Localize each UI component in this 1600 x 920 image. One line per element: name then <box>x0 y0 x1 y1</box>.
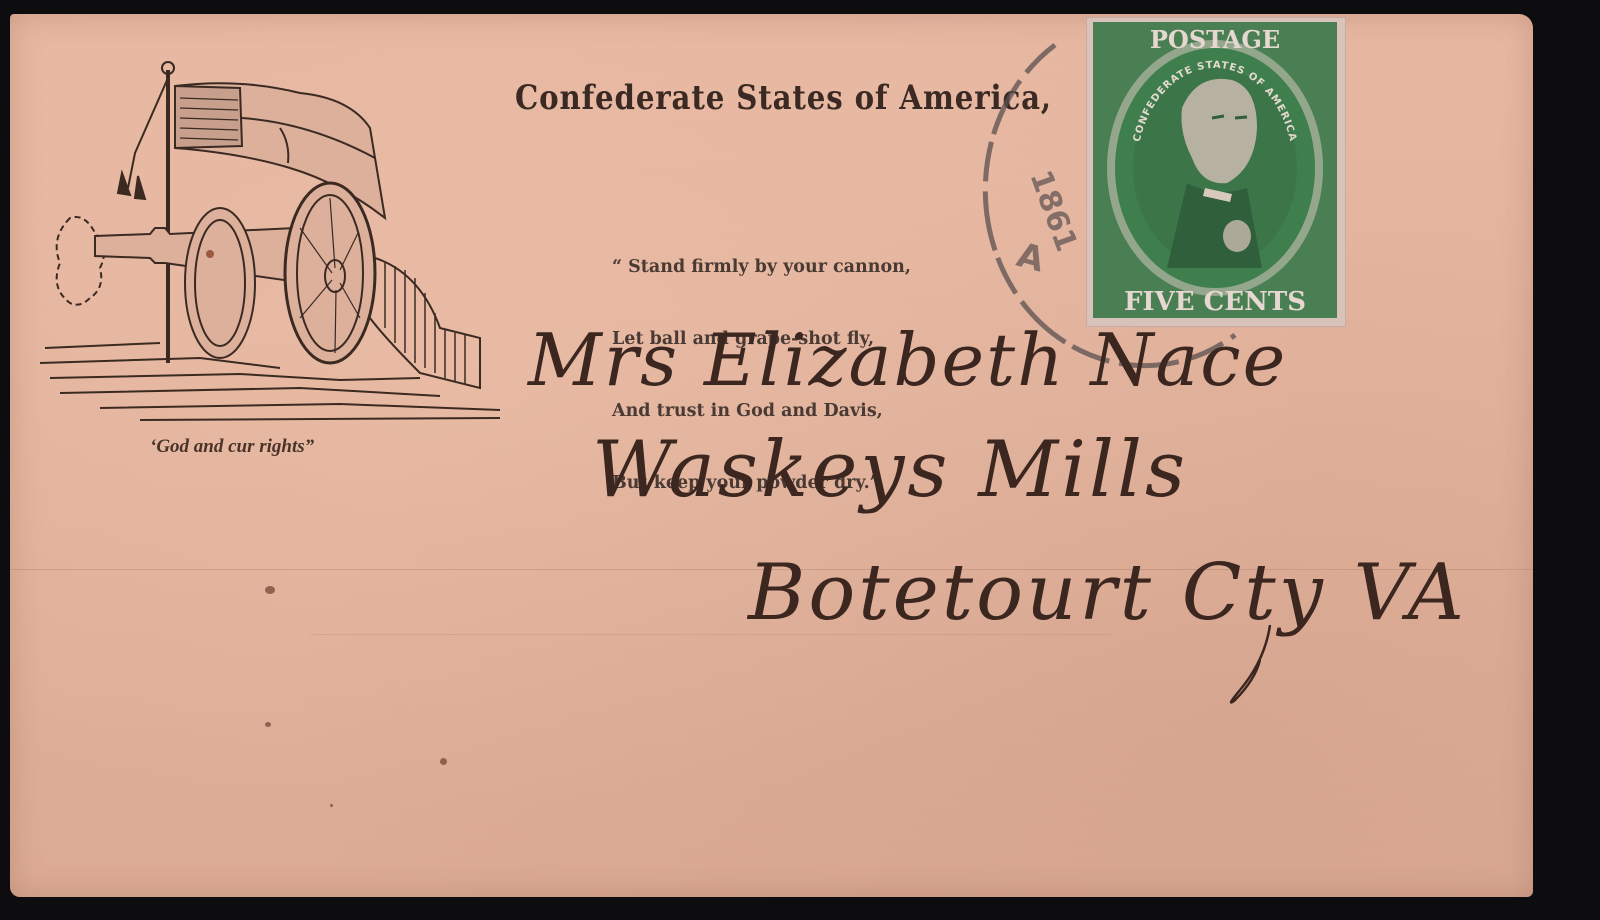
svg-text:A: A <box>1013 235 1049 281</box>
address-recipient: Mrs Elizabeth Nace <box>528 318 1287 402</box>
postage-stamp: POSTAGE FIVE CENTS CONFEDERATE STATES OF… <box>1086 17 1346 327</box>
ink-spot <box>440 758 447 765</box>
jefferson-davis-portrait-icon: POSTAGE FIVE CENTS CONFEDERATE STATES OF… <box>1087 18 1345 326</box>
ink-spot <box>265 586 275 594</box>
cannon-flag-vignette <box>40 58 510 428</box>
verse-line: And trust in God and Davis, <box>612 399 911 423</box>
address-town: Waskeys Mills <box>592 425 1188 515</box>
address-county-state: Botetourt Cty VA <box>748 548 1467 638</box>
svg-text:POSTAGE: POSTAGE <box>1150 25 1280 54</box>
svg-text:FIVE CENTS: FIVE CENTS <box>1124 287 1306 317</box>
cannon-flag-icon <box>40 58 510 428</box>
vignette-motto: ‘God and cur rights” <box>150 436 314 458</box>
handwriting-flourish <box>1220 620 1280 710</box>
verse-line: “ Stand firmly by your cannon, <box>612 255 911 279</box>
ink-spot <box>265 722 271 727</box>
ink-spot <box>330 804 333 807</box>
